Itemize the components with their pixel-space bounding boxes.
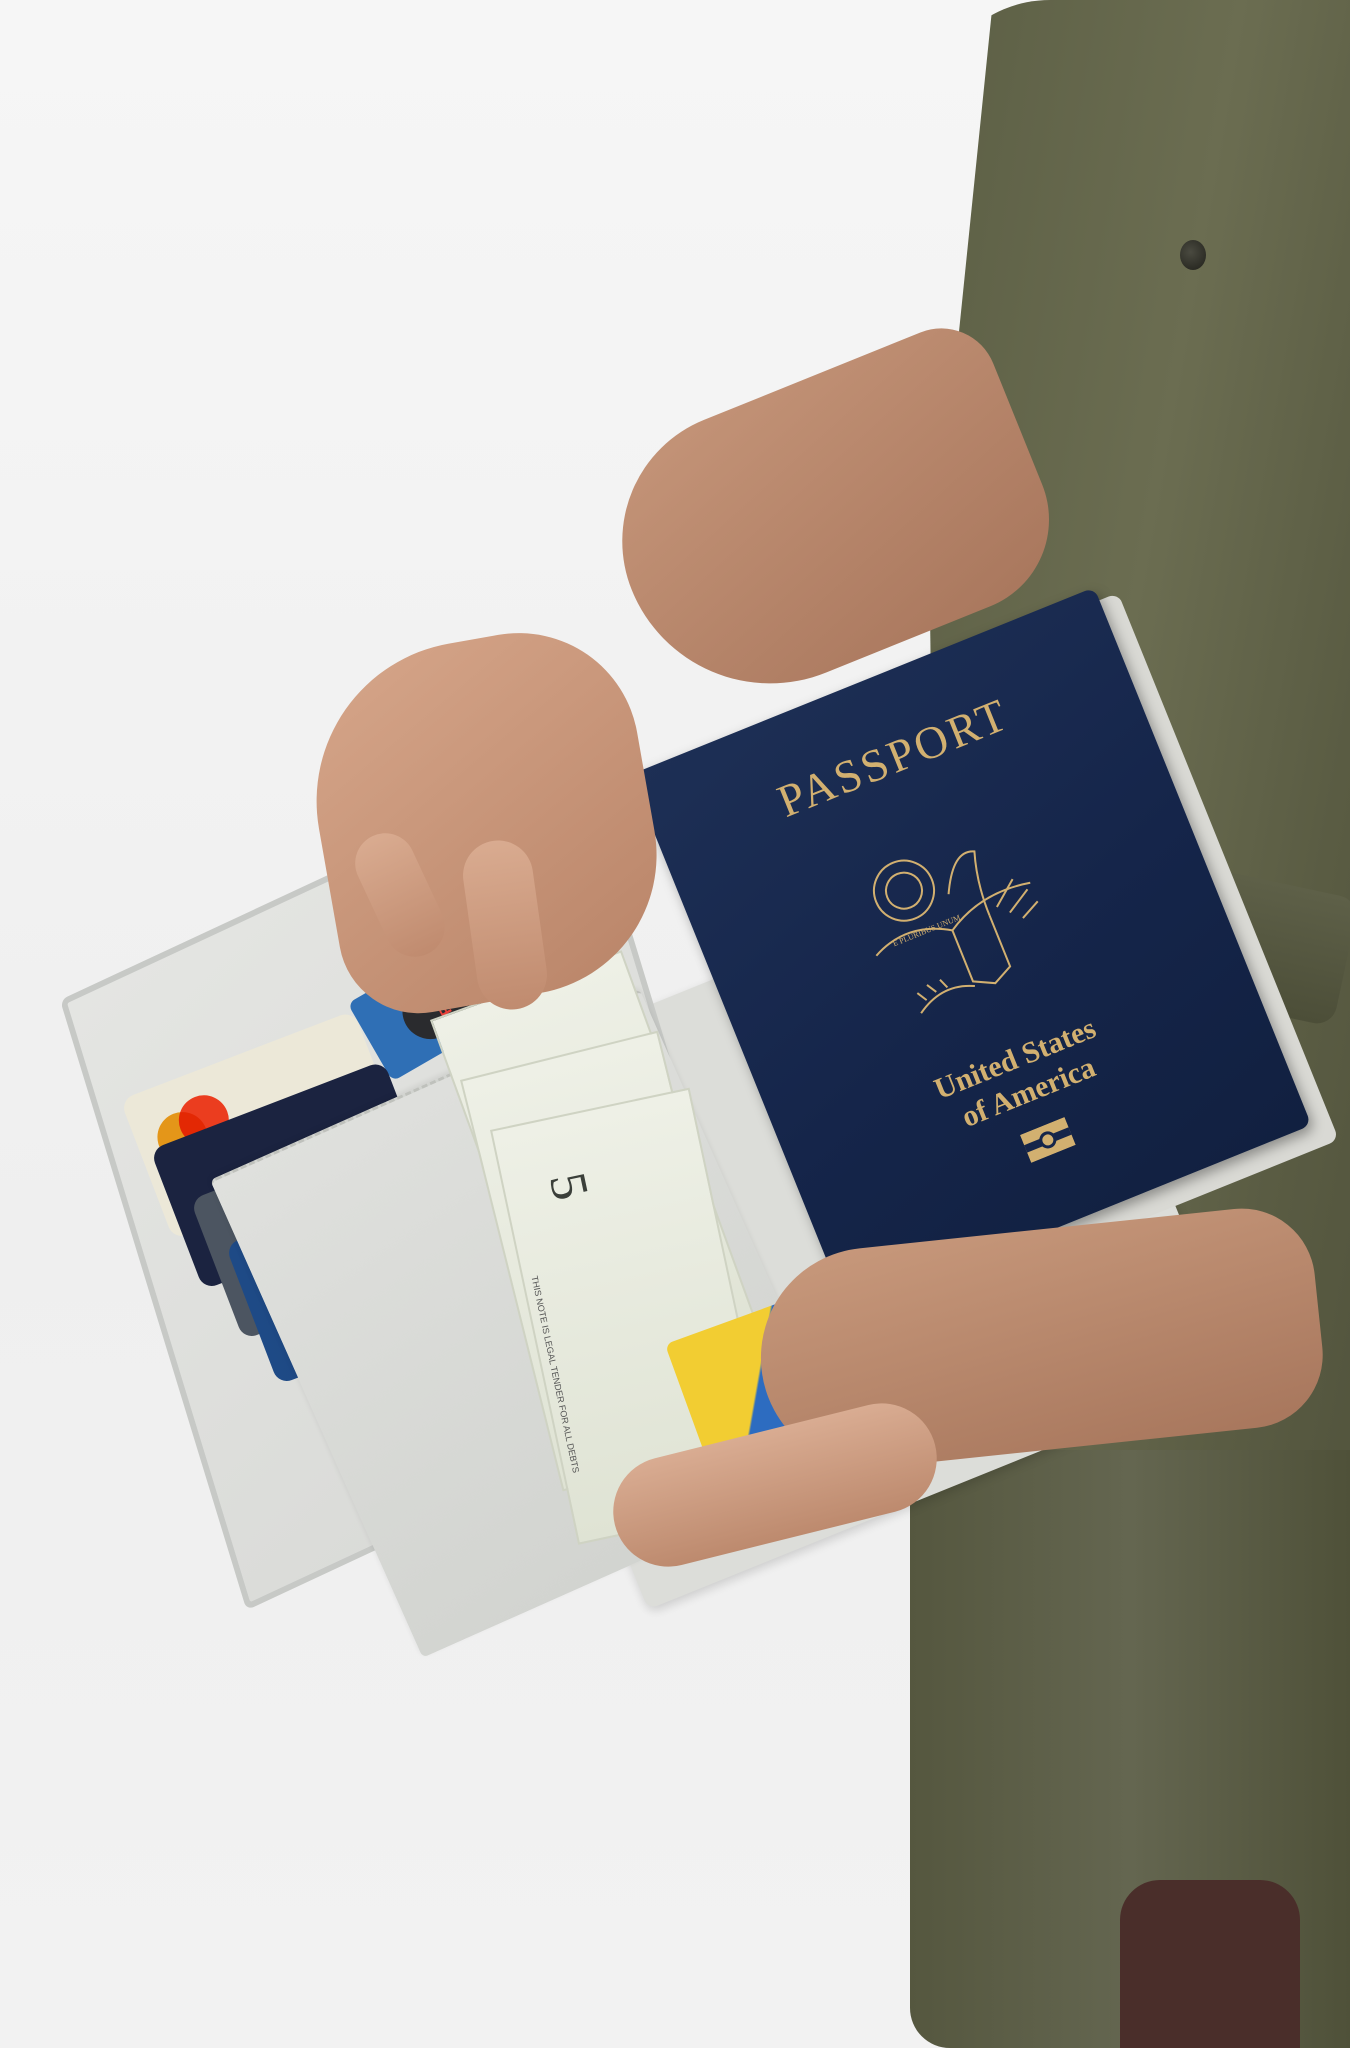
leg	[1120, 1880, 1300, 2048]
country-line-2: of America	[790, 982, 1267, 1203]
bill-denomination: 5	[537, 1168, 600, 1206]
product-photo: RFID VISA Signature VISA DEBIT 5 5 THIS …	[0, 0, 1350, 2048]
biometric-chip-icon	[1020, 1117, 1076, 1163]
shirt-button	[1180, 240, 1206, 270]
